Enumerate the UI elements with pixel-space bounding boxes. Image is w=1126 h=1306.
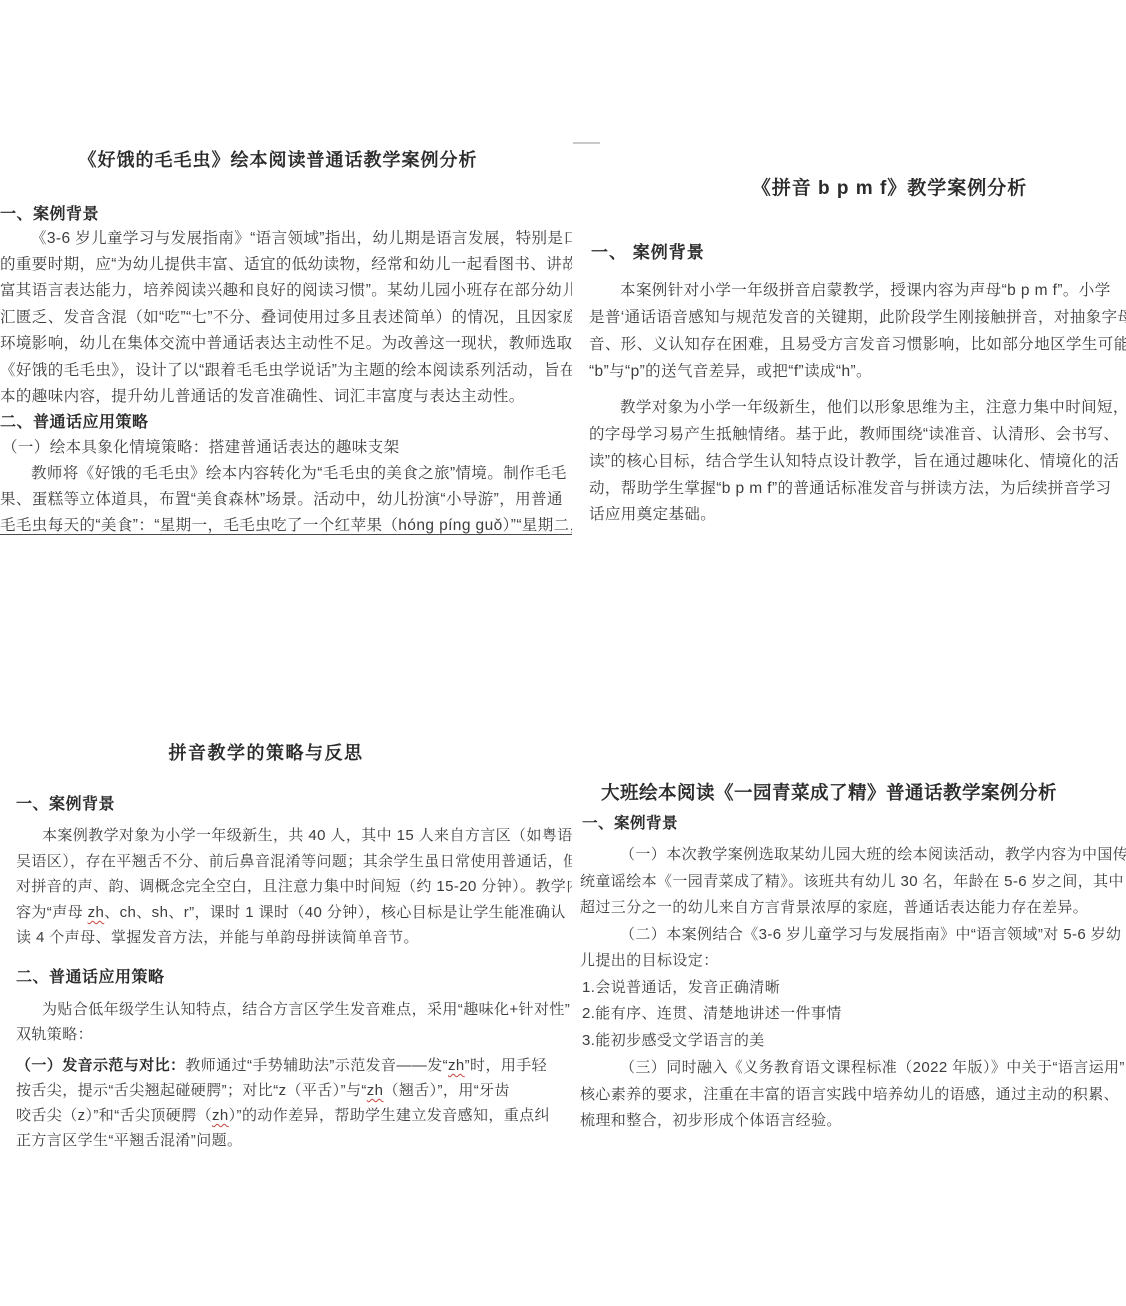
text-line: （一）发音示范与对比：教师通过“手势辅助法”示范发音——发“zh”时，用手轻 bbox=[16, 1054, 547, 1075]
text-line: 梳理和整合，初步形成个体语言经验。 bbox=[580, 1109, 842, 1130]
text-line: 的重要时期，应“为幼儿提供丰富、适宜的低幼读物，经常和幼儿一起看图书、讲故事 bbox=[0, 252, 572, 274]
text-segment: ”时，用手轻 bbox=[465, 1057, 547, 1074]
zh-proofing-mark: zh bbox=[367, 1082, 384, 1099]
text-line: 本案例针对小学一年级拼音启蒙教学，授课内容为声母“b p m f”。小学 bbox=[620, 278, 1111, 300]
text-line: 环境影响，幼儿在集体交流中普通话表达主动性不足。为改善这一现状，教师选取经典 bbox=[0, 331, 572, 353]
zh-proofing-mark: zh bbox=[212, 1107, 229, 1124]
text-line: 按舌尖，提示“舌尖翘起碰硬腭”；对比“z（平舌）”与“zh（翘舌）”，用“牙齿 bbox=[16, 1079, 510, 1100]
text-line-underlined: 毛毛虫每天的“美食”：“星期一，毛毛虫吃了一个红苹果（hóng píng guǒ… bbox=[0, 513, 572, 535]
doc4-heading-background: 一、案例背景 bbox=[582, 811, 678, 833]
doc1-title: 《好饿的毛毛虫》绘本阅读普通话教学案例分析 bbox=[0, 146, 564, 172]
zh-proofing-mark: zh bbox=[88, 904, 105, 921]
text-line: 话应用奠定基础。 bbox=[589, 502, 716, 524]
text-line: 教师将《好饿的毛毛虫》绘本内容转化为“毛毛虫的美食之旅”情境。制作毛毛 bbox=[31, 461, 567, 483]
text-line: （二）本案例结合《3-6 岁儿童学习与发展指南》中“语言领域”对 5-6 岁幼 bbox=[620, 923, 1121, 944]
text-line: 动，帮助学生掌握“b p m f”的普通话标准发音与拼读方法，为后续拼音学习 bbox=[589, 476, 1111, 498]
text-line: 教学对象为小学一年级新生，他们以形象思维为主，注意力集中时间短，对 bbox=[620, 395, 1126, 417]
text-line: 本案例教学对象为小学一年级新生，共 40 人，其中 15 人来自方言区（如粤语、 bbox=[42, 824, 572, 845]
text-segment: 咬舌尖（z）”和“舌尖顶硬腭（ bbox=[16, 1107, 212, 1124]
doc3-heading-strategy: 二、普通话应用策略 bbox=[16, 964, 165, 987]
text-line: 读”的核心目标，结合学生认知特点设计教学，旨在通过趣味化、情境化的活 bbox=[589, 449, 1119, 471]
text-line: （一）本次教学案例选取某幼儿园大班的绘本阅读活动，教学内容为中国传 bbox=[620, 843, 1126, 864]
text-segment: 、ch、sh、r”，课时 1 课时（40 分钟），核心目标是让学生能准确认 bbox=[104, 904, 566, 921]
text-line: 容为“声母 zh、ch、sh、r”，课时 1 课时（40 分钟），核心目标是让学… bbox=[16, 901, 566, 922]
text-line: 统童谣绘本《一园青菜成了精》。该班共有幼儿 30 名，年龄在 5-6 岁之间，其… bbox=[580, 870, 1124, 891]
text-line: （一）绘本具象化情境策略：搭建普通话表达的趣味支架 bbox=[2, 435, 400, 457]
text-line: 核心素养的要求，注重在丰富的语言实践中培养幼儿的语感，通过主动的积累、 bbox=[580, 1083, 1119, 1104]
text-segment: 按舌尖，提示“舌尖翘起碰硬腭”；对比“z（平舌）”与“ bbox=[16, 1082, 367, 1099]
doc3-title: 拼音教学的策略与反思 bbox=[16, 739, 544, 765]
list-item: 1.会说普通话，发音正确清晰 bbox=[582, 976, 780, 997]
text-line: “b”与“p”的送气音差异，或把“f”读成“h”。 bbox=[589, 359, 872, 381]
list-item: 2.能有序、连贯、清楚地讲述一件事情 bbox=[582, 1002, 842, 1023]
text-line: 音、形、义认知存在困难，且易受方言发音习惯影响，比如部分地区学生可能混 bbox=[589, 332, 1126, 354]
text-line: 对拼音的声、韵、调概念完全空白，且注意力集中时间短（约 15-20 分钟）。教学… bbox=[16, 875, 572, 896]
text-line: 为贴合低年级学生认知特点，结合方言区学生发音难点，采用“趣味化+针对性” bbox=[42, 998, 570, 1019]
text-line: 是普‘通话语音感知与规范发音的关键期，此阶段学生刚接触拼音，对抽象字母 bbox=[589, 305, 1126, 327]
text-line: 双轨策略： bbox=[16, 1023, 93, 1044]
text-line: 咬舌尖（z）”和“舌尖顶硬腭（zh）”的动作差异，帮助学生建立发音感知，重点纠 bbox=[16, 1104, 550, 1125]
text-segment: 容为“声母 bbox=[16, 904, 88, 921]
text-line: 《好饿的毛毛虫》，设计了以“跟着毛毛虫学说话”为主题的绘本阅读系列活动，旨在借 bbox=[0, 358, 572, 380]
scanned-pages-collage: 《好饿的毛毛虫》绘本阅读普通话教学案例分析 一、案例背景 《3-6 岁儿童学习与… bbox=[0, 0, 1126, 1306]
text-line: 富其语言表达能力，培养阅读兴趣和良好的阅读习惯”。某幼儿园小班存在部分幼儿普通 bbox=[0, 278, 572, 300]
text-segment: 教师通过“手势辅助法”示范发音——发“ bbox=[185, 1057, 448, 1074]
list-item: 3.能初步感受文学语言的美 bbox=[582, 1029, 765, 1050]
text-line: 汇匮乏、发音含混（如“吃”“七”不分、叠词使用过多且表述简单）的情况，且因家庭 bbox=[0, 305, 572, 327]
text-line: 读 4 个声母、掌握发音方法，并能与单韵母拼读简单音节。 bbox=[16, 926, 419, 947]
text-line: 《3-6 岁儿童学习与发展指南》“语言领域”指出，幼儿期是语言发展，特别是口语 bbox=[31, 226, 572, 248]
doc3-heading-background: 一、案例背景 bbox=[16, 791, 115, 814]
text-line: 的字母学习易产生抵触情绪。基于此，教师围绕“读准音、认清形、会书写、 bbox=[589, 422, 1119, 444]
text-line: 儿提出的目标设定： bbox=[580, 949, 719, 970]
bold-lead: （一）发音示范与对比： bbox=[16, 1057, 185, 1074]
doc1-heading-background: 一、案例背景 bbox=[0, 201, 99, 224]
document-caterpillar-case: 《好饿的毛毛虫》绘本阅读普通话教学案例分析 一、案例背景 《3-6 岁儿童学习与… bbox=[0, 140, 572, 552]
doc4-title: 大班绘本阅读《一园青菜成了精》普通话教学案例分析 bbox=[578, 779, 1103, 805]
doc2-title: 《拼音 b p m f》教学案例分析 bbox=[621, 173, 1126, 200]
text-segment: ）”的动作差异，帮助学生建立发音感知，重点纠 bbox=[229, 1107, 550, 1124]
doc1-heading-strategy: 二、普通话应用策略 bbox=[0, 409, 149, 432]
document-pinyin-strategy-reflection: 拼音教学的策略与反思 一、案例背景 本案例教学对象为小学一年级新生，共 40 人… bbox=[16, 735, 572, 1150]
text-line: 果、蛋糕等立体道具，布置“美食森林”场景。活动中，幼儿扮演“小导游”，用普通 bbox=[0, 487, 563, 509]
text-line: 吴语区），存在平翘舌不分、前后鼻音混淆等问题；其余学生虽日常使用普通话，但 bbox=[16, 850, 572, 871]
document-vegetable-rhyme-case: 大班绘本阅读《一园青菜成了精》普通话教学案例分析 一、案例背景 （一）本次教学案… bbox=[578, 775, 1126, 1135]
text-line: 超过三分之一的幼儿来自方言背景浓厚的家庭，普通话表达能力存在差异。 bbox=[580, 896, 1088, 917]
text-segment: （翘舌）”，用“牙齿 bbox=[383, 1082, 510, 1099]
zh-proofing-mark: zh bbox=[448, 1057, 465, 1074]
doc2-heading-background: 一、 案例背景 bbox=[591, 238, 705, 263]
text-line: 正方言区学生“平翘舌混淆”问题。 bbox=[16, 1129, 242, 1150]
text-line: （三）同时融入《义务教育语文课程标准（2022 年版）》中关于“语言运用” bbox=[620, 1056, 1125, 1077]
document-pinyin-bpmf-case: 《拼音 b p m f》教学案例分析 一、 案例背景 本案例针对小学一年级拼音启… bbox=[589, 165, 1126, 525]
separator-dash bbox=[573, 142, 600, 144]
text-line: 本的趣味内容，提升幼儿普通话的发音准确性、词汇丰富度与表达主动性。 bbox=[0, 384, 525, 406]
